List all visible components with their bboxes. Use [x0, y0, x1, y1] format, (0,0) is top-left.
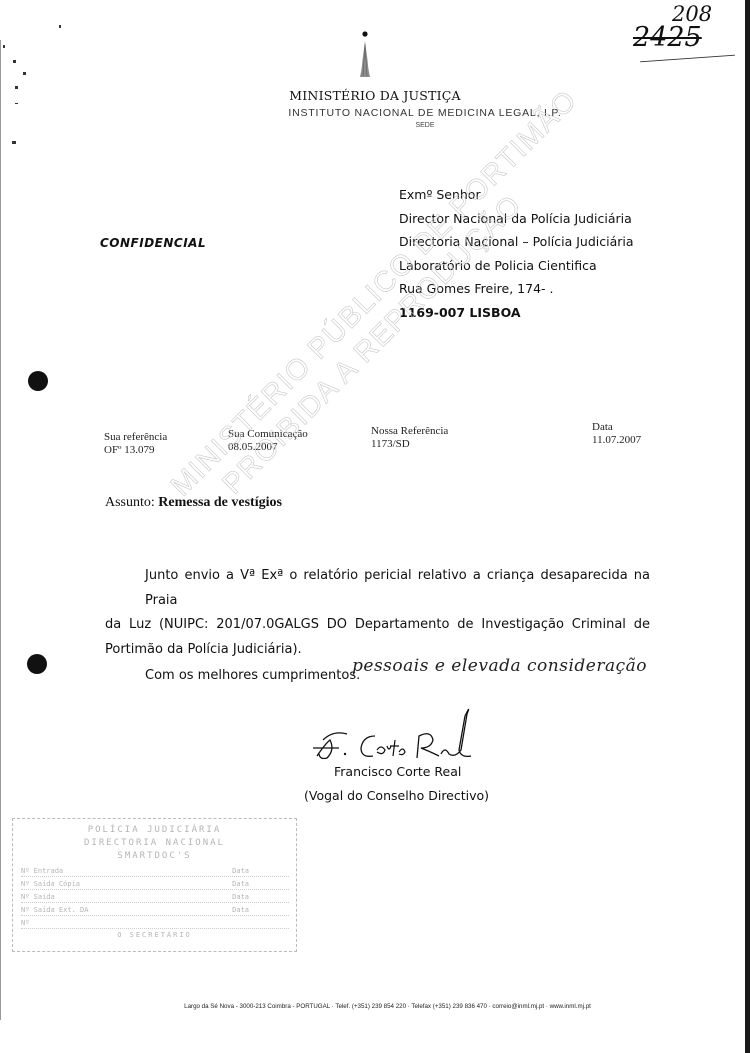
- scan-speck: [15, 103, 18, 104]
- ministry-title: MINISTÉRIO DA JUSTIÇA: [0, 88, 750, 103]
- stamp-row-label: Nº Entrada: [21, 867, 63, 875]
- addressee-line: Director Nacional da Polícia Judiciária: [399, 207, 634, 231]
- stamp-row: Nº: [21, 919, 289, 929]
- signature-icon: [305, 700, 480, 765]
- subject-line: Assunto: Remessa de vestígios: [105, 495, 282, 511]
- addressee-line: Rua Gomes Freire, 174- .: [399, 277, 634, 301]
- stamp-row-date: Data: [232, 867, 249, 875]
- scan-speck: [13, 60, 16, 63]
- scan-speck: [12, 141, 16, 144]
- reference-value: 08.05.2007: [228, 441, 308, 454]
- reference-communication: Sua Comunicação 08.05.2007: [228, 428, 308, 454]
- institute-name: INSTITUTO NACIONAL DE MEDICINA LEGAL, I.…: [0, 107, 750, 119]
- reference-value: 1173/SD: [371, 438, 448, 451]
- classification-label: CONFIDENCIAL: [100, 236, 206, 250]
- addressee-postal: 1169-007 LISBOA: [399, 301, 634, 325]
- stamp-row-label: Nº Saída Cópia: [21, 880, 80, 888]
- reference-value: OFº 13.079: [104, 444, 167, 457]
- reference-label: Data: [592, 421, 641, 434]
- addressee-line: Directoria Nacional – Polícia Judiciária: [399, 230, 634, 254]
- addressee-block: Exmº Senhor Director Nacional da Polícia…: [399, 183, 634, 324]
- reference-label: Sua Comunicação: [228, 428, 308, 441]
- reference-date: Data 11.07.2007: [592, 421, 641, 447]
- stamp-row-date: Data: [232, 893, 249, 901]
- branch-label: SEDE: [0, 122, 750, 129]
- stamp-line: SMARTDOC'S: [13, 851, 296, 861]
- reference-label: Nossa Referência: [371, 425, 448, 438]
- scan-edge: [745, 0, 750, 1053]
- stamp-row-date: Data: [232, 906, 249, 914]
- body-line: Junto envio a Vª Exª o relatório pericia…: [105, 564, 650, 613]
- scan-speck: [59, 25, 61, 28]
- signer-title: (Vogal do Conselho Directivo): [304, 788, 489, 803]
- scan-left-edge: [0, 40, 1, 1020]
- closing-printed: Com os melhores cumprimentos.: [145, 668, 360, 683]
- ministry-emblem-icon: [355, 30, 375, 80]
- received-stamp: POLÍCIA JUDICIÁRIA DIRECTORIA NACIONAL S…: [12, 818, 297, 952]
- punch-hole-top: [28, 371, 48, 391]
- stamp-row-label: Nº Saída Ext. DA: [21, 906, 88, 914]
- subject-label: Assunto:: [105, 495, 155, 510]
- addressee-line: Exmº Senhor: [399, 183, 634, 207]
- scan-speck: [23, 72, 26, 75]
- stamp-row-label: Nº Saída: [21, 893, 55, 901]
- scan-speck: [3, 45, 5, 48]
- stamp-line: DIRECTORIA NACIONAL: [13, 838, 296, 848]
- stamp-row: Nº Saída Ext. DAData: [21, 906, 289, 916]
- stamp-row: Nº SaídaData: [21, 893, 289, 903]
- stamp-row-label: Nº: [21, 919, 29, 927]
- closing-handwritten: pessoais e elevada consideração: [352, 656, 647, 676]
- signer-name: Francisco Corte Real: [334, 764, 461, 779]
- stamp-footer: O SECRETÁRIO: [13, 931, 296, 939]
- reference-label: Sua referência: [104, 431, 167, 444]
- handwritten-struck-number: 2425: [633, 22, 702, 53]
- addressee-line: Laboratório de Policia Cientifica: [399, 254, 634, 278]
- reference-ours: Nossa Referência 1173/SD: [371, 425, 448, 451]
- subject-value: Remessa de vestígios: [158, 495, 282, 510]
- stamp-row: Nº EntradaData: [21, 867, 289, 877]
- body-line: da Luz (NUIPC: 201/07.0GALGS DO Departam…: [105, 613, 650, 638]
- stamp-row-date: Data: [232, 880, 249, 888]
- handwritten-underline: [640, 55, 735, 63]
- stamp-line: POLÍCIA JUDICIÁRIA: [13, 825, 296, 835]
- letterhead-footer: Largo da Sé Nova - 3000-213 Coimbra - PO…: [0, 1003, 750, 1010]
- punch-hole-bottom: [27, 654, 47, 674]
- letter-body: Junto envio a Vª Exª o relatório pericia…: [105, 564, 650, 662]
- reference-yours: Sua referência OFº 13.079: [104, 431, 167, 457]
- stamp-row: Nº Saída CópiaData: [21, 880, 289, 890]
- reference-value: 11.07.2007: [592, 434, 641, 447]
